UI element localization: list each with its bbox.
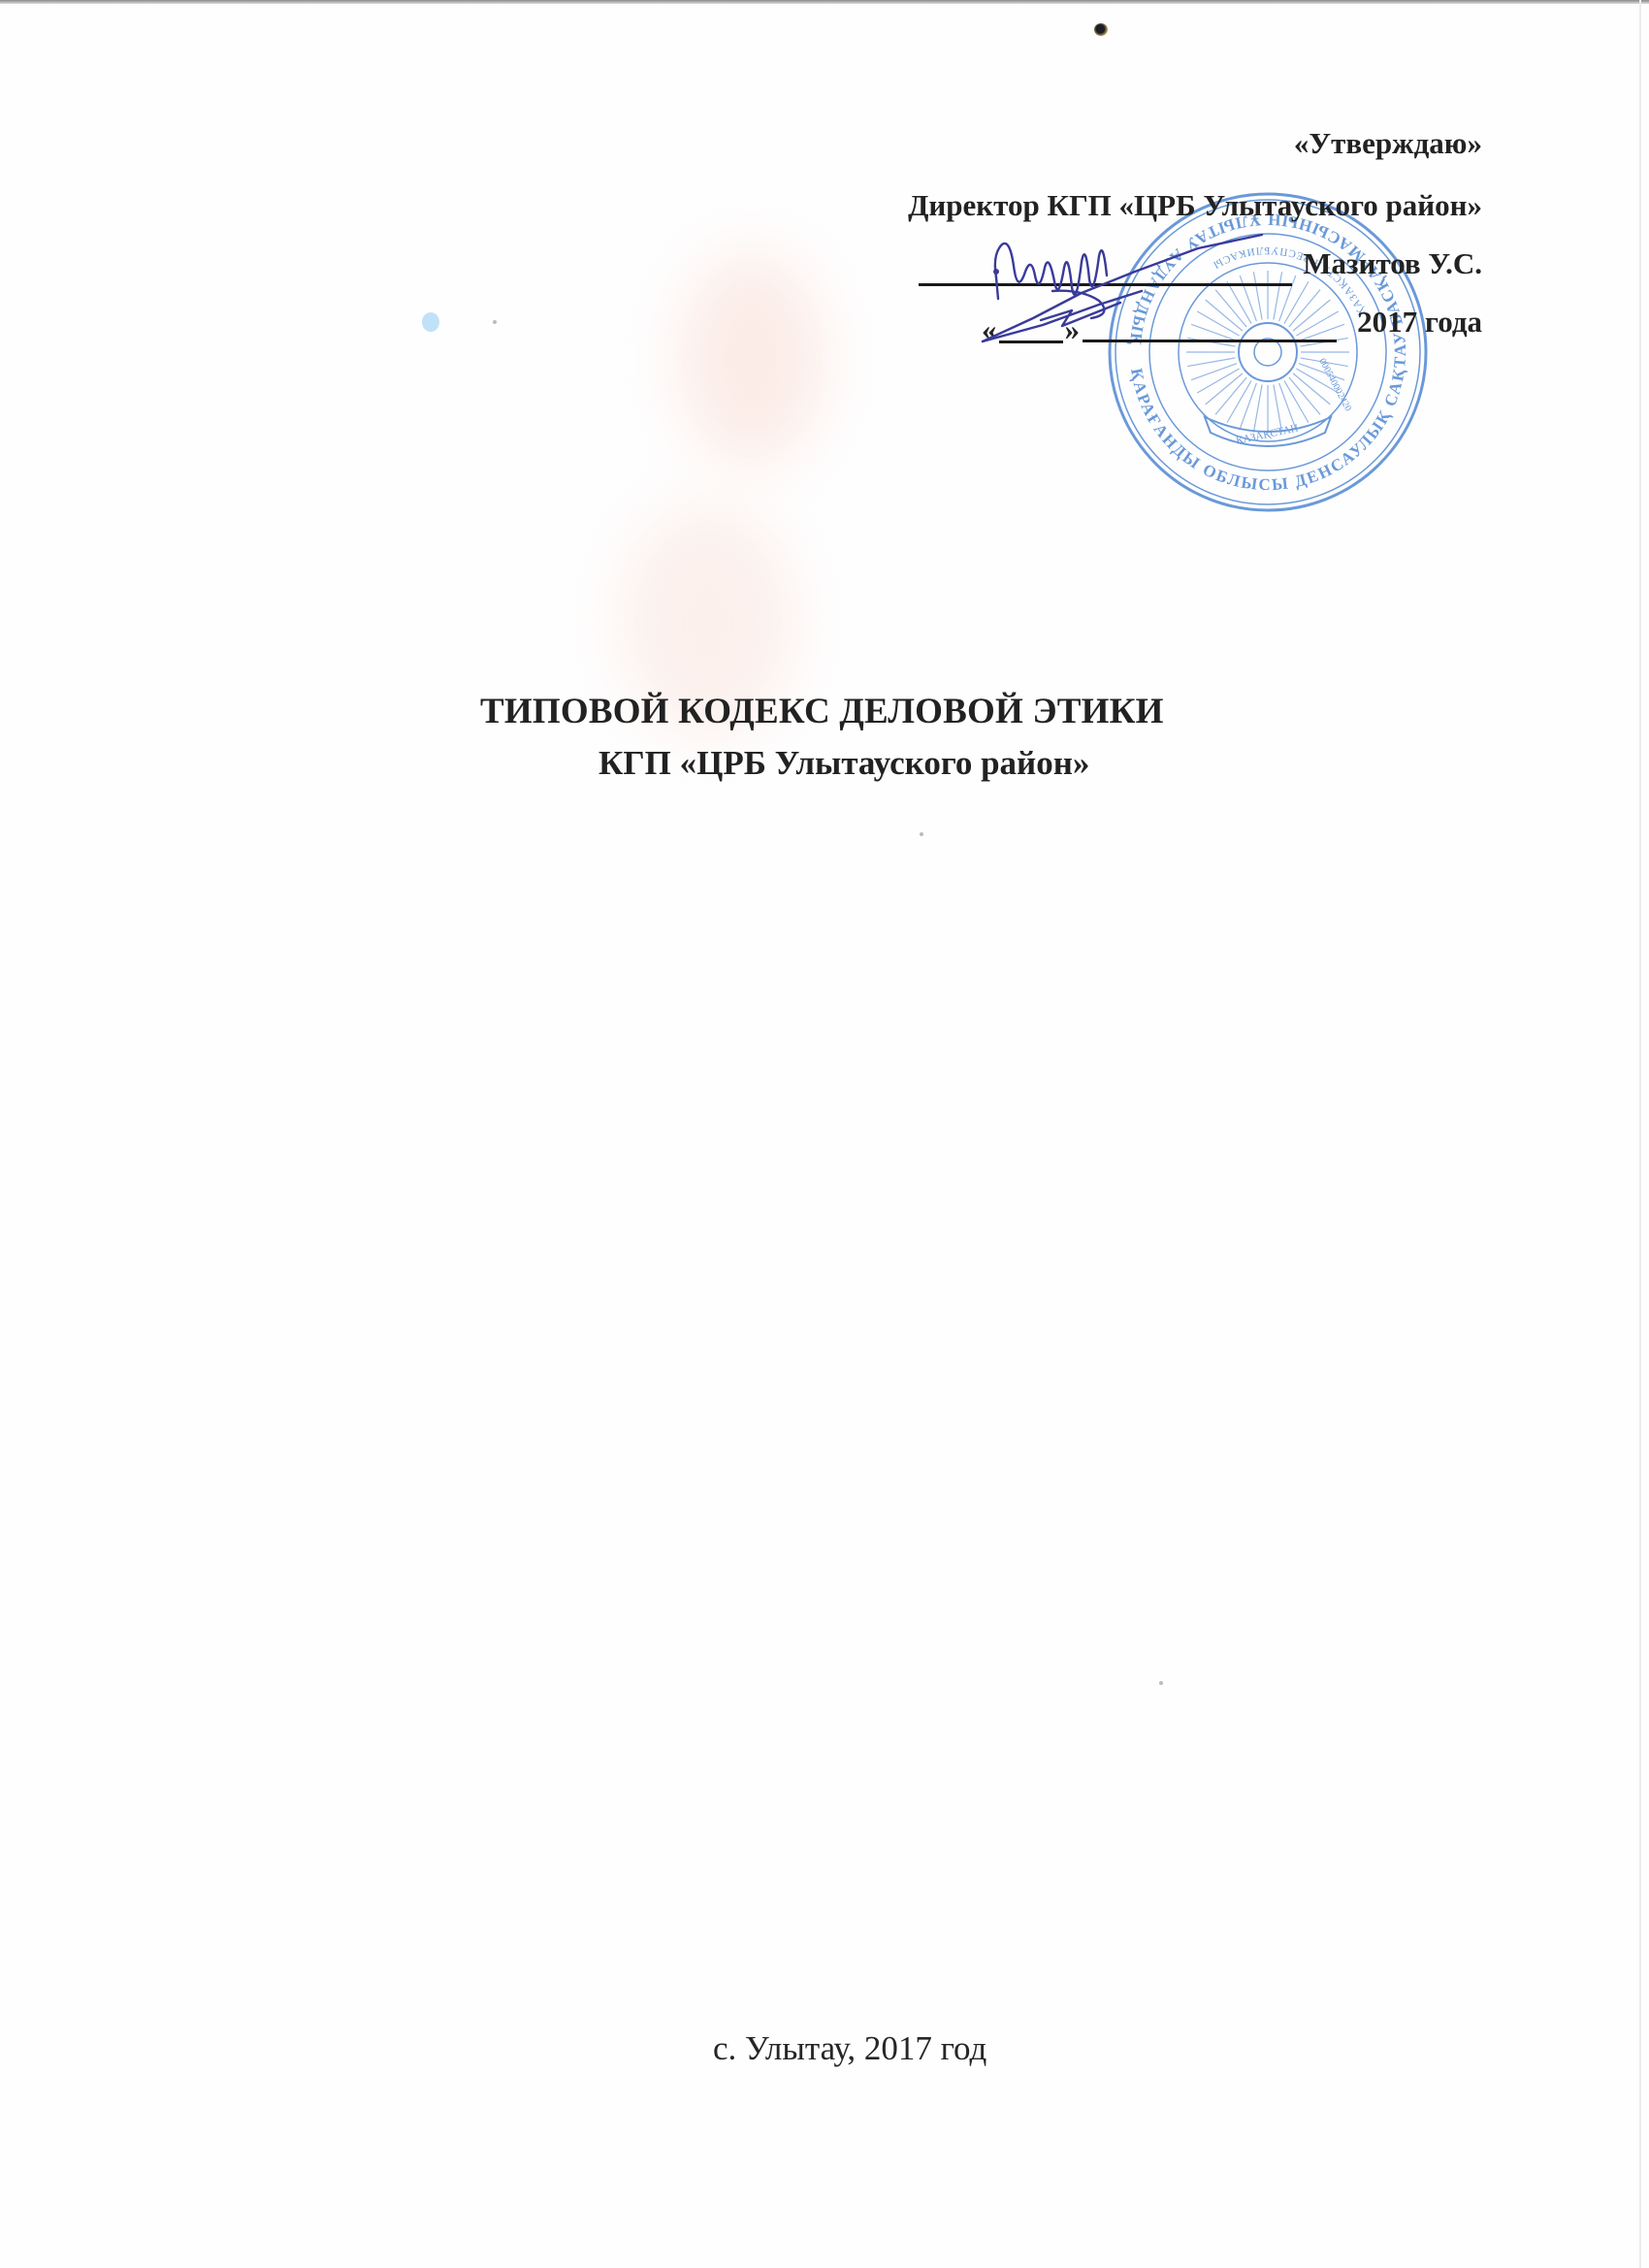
dust-speck — [493, 320, 497, 324]
director-position: Директор КГП «ЦРБ Улытауского район» — [908, 190, 1482, 220]
svg-text:ҚАРАҒАНДЫ ОБЛЫСЫ ДЕНСАУЛЫҚ САҚ: ҚАРАҒАНДЫ ОБЛЫСЫ ДЕНСАУЛЫҚ САҚТАУ БАСҚАР… — [1104, 192, 1409, 494]
signatory-name: Мазитов У.С. — [1303, 248, 1482, 278]
ink-speck — [422, 312, 439, 332]
document-page: ҚАРАҒАНДЫ ОБЛЫСЫ ДЕНСАУЛЫҚ САҚТАУ БАСҚАР… — [0, 0, 1649, 2268]
date-close-quote: » — [1065, 312, 1081, 346]
date-open-quote: « — [982, 312, 997, 346]
date-day-field: «» — [982, 312, 1080, 347]
dust-speck — [920, 832, 923, 836]
approve-label: «Утверждаю» — [1294, 128, 1482, 158]
title-line-2: КГП «ЦРБ Улытауского район» — [598, 744, 1089, 783]
scan-top-edge — [0, 0, 1649, 4]
official-stamp: ҚАРАҒАНДЫ ОБЛЫСЫ ДЕНСАУЛЫҚ САҚТАУ БАСҚАР… — [1104, 192, 1432, 512]
scan-right-edge — [1639, 0, 1641, 2268]
scan-smudge — [679, 252, 824, 466]
date-day-blank — [999, 340, 1063, 343]
title-line-1: ТИПОВОЙ КОДЕКС ДЕЛОВОЙ ЭТИКИ — [480, 691, 1164, 732]
place-and-year: с. Улытау, 2017 год — [713, 2029, 986, 2068]
date-month-line — [1083, 340, 1337, 342]
svg-text:000540002420: 000540002420 — [1316, 357, 1353, 413]
approval-year: 2017 года — [1357, 307, 1482, 337]
staple-hole — [1094, 23, 1108, 36]
signature-line — [919, 283, 1292, 286]
dust-speck — [1159, 1681, 1163, 1685]
svg-text:ҚАЗАҚСТАН: ҚАЗАҚСТАН — [1235, 422, 1299, 446]
